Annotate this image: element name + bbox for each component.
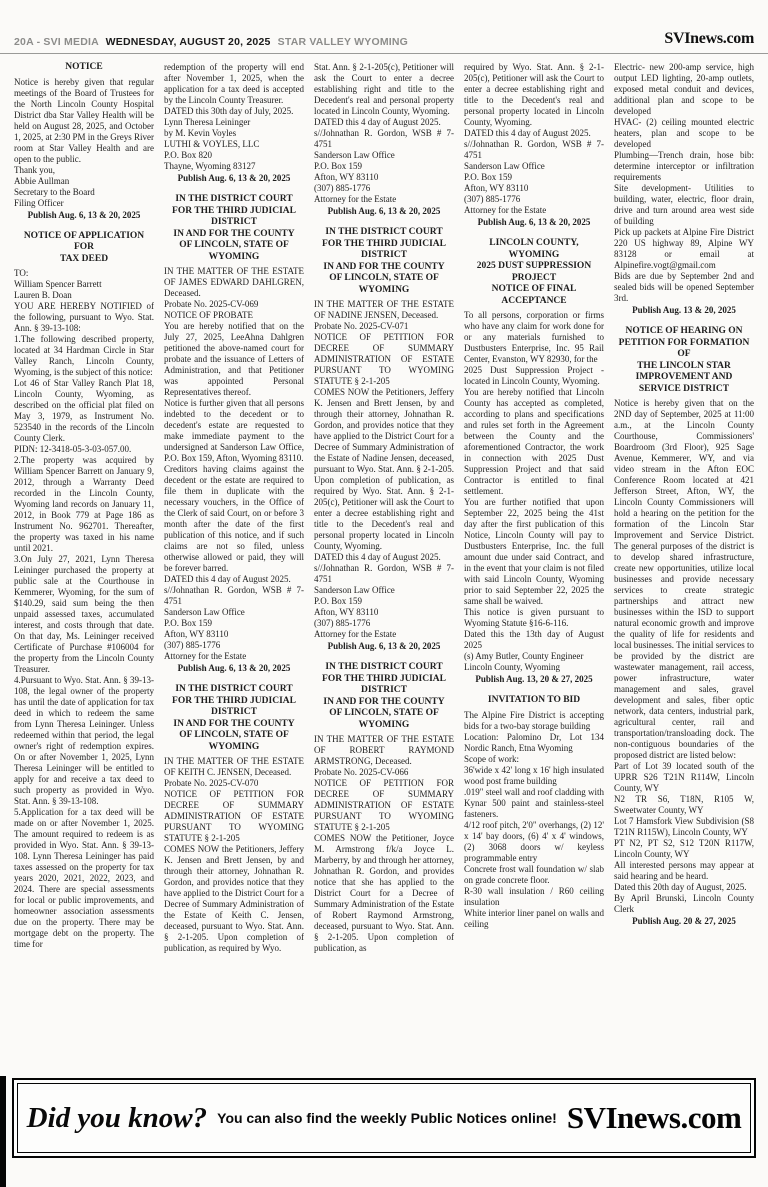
header-left: 20A - SVI MEDIA WEDNESDAY, AUGUST 20, 20… [14,36,408,48]
notice-paragraph: Creditors having claims against the dece… [164,464,304,574]
notice-paragraph: Location: Palomino Dr, Lot 134 Nordic Ra… [464,732,604,754]
notice-line: DATED this 30th day of July, 2025. [164,106,304,117]
did-you-know-text: Did you know? [27,1102,207,1135]
notice-line: TO: [14,268,154,279]
notice-line: Afton, WY 83110 [314,607,454,618]
notice-paragraph: Plumbing—Trench drain, hose bib: determi… [614,150,754,183]
notice-line: Afton, WY 83110 [164,629,304,640]
publish-line: Publish Aug. 6, 13 & 20, 2025 [314,641,454,652]
notice-paragraph: Notice is hereby given that on the 2ND d… [614,398,754,761]
notice-paragraph: Lot 7 Hamsfork View Subdivision (S8 T21N… [614,816,754,838]
notice-line: LUTHI & VOYLES, LLC [164,139,304,150]
notice-line: Attorney for the Estate [314,629,454,640]
notice-line: Sanderson Law Office [314,585,454,596]
notice-paragraph: 4.Pursuant to Wyo. Stat. Ann. § 39-13-10… [14,675,154,807]
notice-line: P.O. Box 159 [464,172,604,183]
notice-line: P.O. Box 159 [314,161,454,172]
notice-line: Lauren B. Doan [14,290,154,301]
notice-line: Scope of work: [464,754,604,765]
notice-paragraph: Stat. Ann. § 2-1-205(c), Petitioner will… [314,62,454,117]
notice-line: Probate No. 2025-CV-071 [314,321,454,332]
notice-paragraph: 3.On July 27, 2021, Lynn Theresa Leining… [14,554,154,675]
notice-paragraph: Dated this the 13th day of August 2025 [464,629,604,651]
notice-column-1: NOTICENotice is hereby given that regula… [14,62,154,954]
notice-line: DATED this 4 day of August 2025. [314,552,454,563]
masthead-site: SVInews.com [664,30,754,48]
publish-line: Publish Aug. 13 & 20, 2025 [614,305,754,316]
notice-line: Probate No. 2025-CV-069 [164,299,304,310]
notice-column-4: required by Wyo. Stat. Ann. § 2-1-205(c)… [464,62,604,954]
notice-paragraph: All interested persons may appear at sai… [614,860,754,882]
publish-line: Publish Aug. 6, 13 & 20, 2025 [164,173,304,184]
notice-line: Attorney for the Estate [464,205,604,216]
notice-paragraph: Bids are due by September 2nd and sealed… [614,271,754,304]
notice-line: William Spencer Barrett [14,279,154,290]
notice-paragraph: Dated this 20th day of August, 2025. [614,882,754,893]
notice-paragraph: IN THE MATTER OF THE ESTATE OF KEITH C. … [164,756,304,778]
notice-column-3: Stat. Ann. § 2-1-205(c), Petitioner will… [314,62,454,954]
notice-paragraph: 2.The property was acquired by William S… [14,455,154,554]
notice-heading: NOTICE [14,62,154,74]
notice-line: Afton, WY 83110 [314,172,454,183]
page-edge-mark [0,1076,6,1187]
notice-line: Afton, WY 83110 [464,183,604,194]
notice-paragraph: NOTICE OF PETITION FOR DECREE OF SUMMARY… [314,332,454,387]
notice-line: Probate No. 2025-CV-066 [314,767,454,778]
footer-banner-inner: Did you know? You can also find the week… [17,1083,751,1153]
notice-paragraph: s//Johnathan R. Gordon, WSB # 7-4751 [314,563,454,585]
notice-paragraph: White interior liner panel on walls and … [464,908,604,930]
footer-tagline: You can also find the weekly Public Noti… [217,1110,557,1126]
notice-line: P.O. Box 820 [164,150,304,161]
notice-heading: NOTICE OF APPLICATION FOR TAX DEED [14,231,154,266]
notice-paragraph: NOTICE OF PETITION FOR DECREE OF SUMMARY… [164,789,304,844]
notice-paragraph: PT N2, PT S2, S12 T20N R117W, Lincoln Co… [614,838,754,860]
notice-paragraph: .019" steel wall and roof cladding with … [464,787,604,820]
notice-line: (s) Amy Butler, County Engineer [464,651,604,662]
page-folio: 20A - SVI MEDIA [14,36,99,48]
notice-paragraph: required by Wyo. Stat. Ann. § 2-1-205(c)… [464,62,604,128]
notice-line: (307) 885-1776 [164,640,304,651]
notice-paragraph: COMES NOW the Petitioners, Jeffery K. Je… [164,844,304,954]
notice-paragraph: 2025 Dust Suppression Project - located … [464,365,604,387]
notice-line: Sanderson Law Office [164,607,304,618]
notice-columns: NOTICENotice is hereby given that regula… [0,54,768,954]
notice-paragraph: To all persons, corporation or firms who… [464,310,604,365]
issue-date: WEDNESDAY, AUGUST 20, 2025 [106,36,271,48]
publication-location: STAR VALLEY WYOMING [278,36,408,48]
notice-paragraph: YOU ARE HEREBY NOTIFIED of the following… [14,301,154,334]
notice-line: Lincoln County, Wyoming [464,662,604,673]
notice-line: Filing Officer [14,198,154,209]
publish-line: Publish Aug. 6, 13 & 20, 2025 [464,217,604,228]
notice-heading: INVITATION TO BID [464,695,604,707]
footer-banner: Did you know? You can also find the week… [12,1078,756,1158]
notice-line: DATED this 4 day of August 2025. [314,117,454,128]
notice-line: (307) 885-1776 [464,194,604,205]
notice-line: Abbie Aullman [14,176,154,187]
publish-line: Publish Aug. 13, 20 & 27, 2025 [464,674,604,685]
notice-paragraph: N2 TR S6, T18N, R105 W, Sweetwater Count… [614,794,754,816]
notice-paragraph: The Alpine Fire District is accepting bi… [464,710,604,732]
notice-paragraph: Pick up packets at Alpine Fire District … [614,227,754,271]
notice-line: (307) 885-1776 [314,618,454,629]
notice-paragraph: COMES NOW the Petitioners, Jeffery K. Je… [314,387,454,552]
notice-line: Attorney for the Estate [314,194,454,205]
notice-paragraph: Lot 46 of Star Valley Ranch Plat 18, Lin… [14,378,154,444]
notice-paragraph: Notice is hereby given that regular meet… [14,77,154,165]
notice-line: Probate No. 2025-CV-070 [164,778,304,789]
notice-line: Sanderson Law Office [314,150,454,161]
notice-line: PIDN: 12-3418-05-3-03-057.00. [14,444,154,455]
notice-paragraph: 1.The following described property, loca… [14,334,154,378]
notice-heading: NOTICE OF HEARING ON PETITION FOR FORMAT… [614,326,754,395]
notice-paragraph: Concrete frost wall foundation w/ slab o… [464,864,604,886]
notice-paragraph: IN THE MATTER OF THE ESTATE OF NADINE JE… [314,299,454,321]
notice-paragraph: 36'wide x 42' long x 16' high insulated … [464,765,604,787]
notice-line: by M. Kevin Voyles [164,128,304,139]
page-header: 20A - SVI MEDIA WEDNESDAY, AUGUST 20, 20… [0,0,768,54]
notice-column-5: Electric- new 200-amp service, high outp… [614,62,754,954]
notice-paragraph: This notice is given pursuant to Wyoming… [464,607,604,629]
footer-site: SVInews.com [567,1100,741,1136]
notice-line: Attorney for the Estate [164,651,304,662]
notice-paragraph: Notice is further given that all persons… [164,398,304,464]
notice-paragraph: Electric- new 200-amp service, high outp… [614,62,754,117]
notice-paragraph: IN THE MATTER OF THE ESTATE OF ROBERT RA… [314,734,454,767]
notice-paragraph: 4/12 roof pitch, 2'0" overhangs, (2) 12'… [464,820,604,864]
notice-line: Thank you, [14,165,154,176]
notice-column-2: redemption of the property will end afte… [164,62,304,954]
notice-heading: IN THE DISTRICT COURT FOR THE THIRD JUDI… [314,662,454,731]
notice-line: Thayne, Wyoming 83127 [164,161,304,172]
notice-paragraph: s//Johnathan R. Gordon, WSB # 7-4751 [314,128,454,150]
notice-line: Sanderson Law Office [464,161,604,172]
notice-paragraph: COMES NOW the Petitioner, Joyce M. Armst… [314,833,454,954]
notice-paragraph: redemption of the property will end afte… [164,62,304,106]
notice-line: Lynn Theresa Leininger [164,117,304,128]
notice-heading: IN THE DISTRICT COURT FOR THE THIRD JUDI… [164,684,304,753]
notice-paragraph: 5.Application for a tax deed will be mad… [14,807,154,950]
notice-paragraph: You are hereby notified that Lincoln Cou… [464,387,604,497]
notice-heading: LINCOLN COUNTY, WYOMING 2025 DUST SUPPRE… [464,238,604,307]
notice-line: Secretary to the Board [14,187,154,198]
newspaper-page: 20A - SVI MEDIA WEDNESDAY, AUGUST 20, 20… [0,0,768,1187]
notice-paragraph: You are further notified that upon Septe… [464,497,604,607]
notice-line: P.O. Box 159 [164,618,304,629]
notice-line: (307) 885-1776 [314,183,454,194]
notice-paragraph: R-30 wall insulation / R60 ceiling insul… [464,886,604,908]
publish-line: Publish Aug. 20 & 27, 2025 [614,916,754,927]
publish-line: Publish Aug. 6, 13 & 20, 2025 [14,210,154,221]
notice-line: NOTICE OF PROBATE [164,310,304,321]
notice-paragraph: NOTICE OF PETITION FOR DECREE OF SUMMARY… [314,778,454,833]
notice-paragraph: s//Johnathan R. Gordon, WSB # 7-4751 [164,585,304,607]
notice-paragraph: Site development- Utilities to building,… [614,183,754,227]
publish-line: Publish Aug. 6, 13 & 20, 2025 [164,663,304,674]
notice-heading: IN THE DISTRICT COURT FOR THE THIRD JUDI… [314,227,454,296]
notice-paragraph: Part of Lot 39 located south of the UPRR… [614,761,754,794]
notice-line: P.O. Box 159 [314,596,454,607]
notice-line: DATED this 4 day of August 2025. [464,128,604,139]
notice-paragraph: s//Johnathan R. Gordon, WSB # 7-4751 [464,139,604,161]
notice-paragraph: You are hereby notified that on the July… [164,321,304,398]
notice-paragraph: HVAC- (2) ceiling mounted electric heate… [614,117,754,150]
notice-paragraph: IN THE MATTER OF THE ESTATE OF JAMES EDW… [164,266,304,299]
publish-line: Publish Aug. 6, 13 & 20, 2025 [314,206,454,217]
notice-paragraph: By April Brunski, Lincoln County Clerk [614,893,754,915]
notice-heading: IN THE DISTRICT COURT FOR THE THIRD JUDI… [164,194,304,263]
notice-line: DATED this 4 day of August 2025. [164,574,304,585]
